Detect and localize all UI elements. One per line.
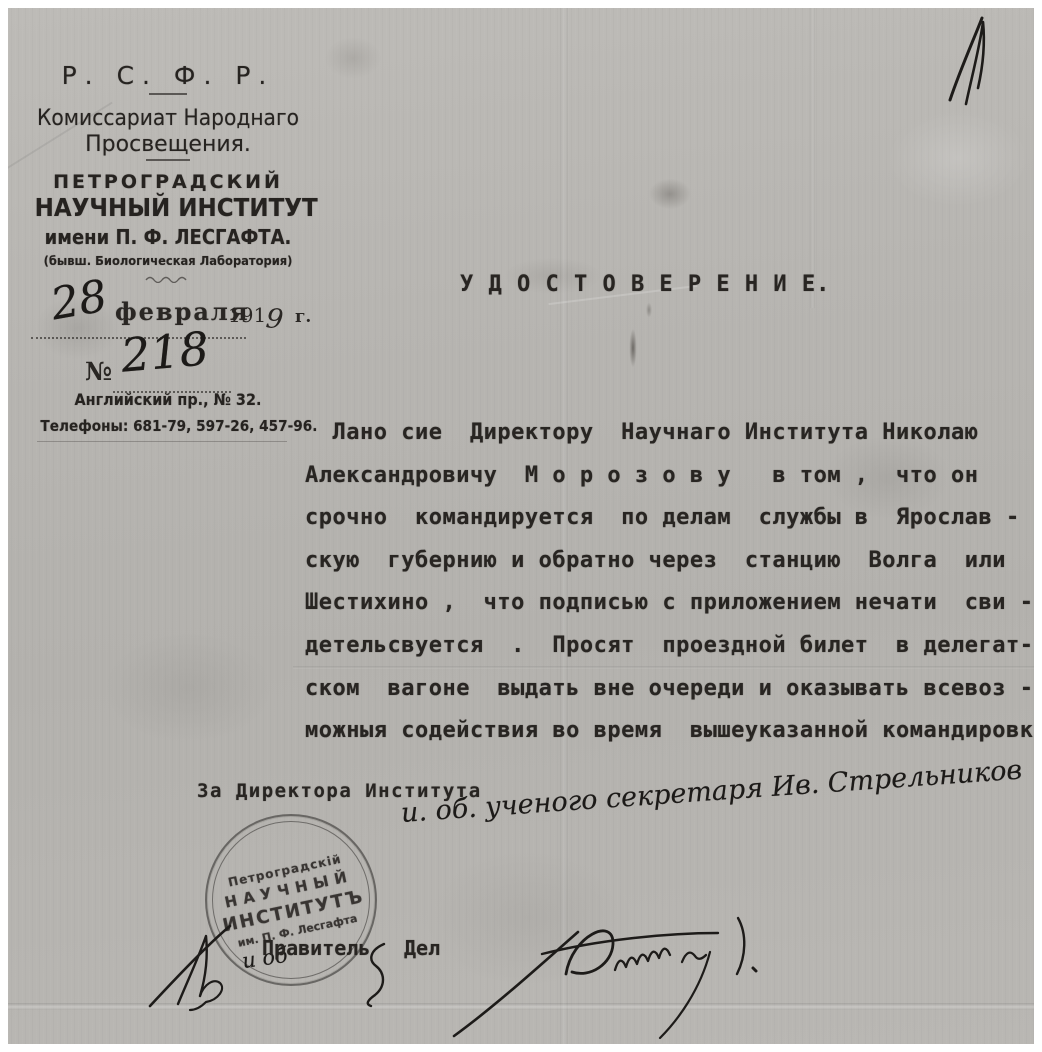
address-line: Английский пр., № 32. xyxy=(38,390,299,409)
corner-pen-mark xyxy=(938,10,1000,108)
date-year-printed: 191 xyxy=(228,303,266,327)
paper: Р. С. Ф. Р. Комиссариат Народнаго Просве… xyxy=(8,8,1034,1044)
institute-name: НАУЧНЫЙ ИНСТИТУТ xyxy=(35,193,302,222)
body-line: Шестихино , что подписью с приложением н… xyxy=(305,582,1034,625)
letterhead-divider xyxy=(146,159,190,161)
body-line: Лано сие Директору Научнаго Института Ни… xyxy=(305,412,1034,455)
former-name: (бывш. Биологическая Лаборатория) xyxy=(35,253,302,268)
handwritten-number: 218 xyxy=(119,321,211,382)
handwritten-s-flourish xyxy=(360,940,390,1008)
letterhead-divider xyxy=(149,93,187,95)
institute-city: ПЕТРОГРАДСКИЙ xyxy=(23,171,313,193)
body-line: скую губернию и обратно через станцию Во… xyxy=(305,540,1034,583)
fold-crease-vertical-right xyxy=(810,8,815,308)
phones-line: Телефоны: 681-79, 597-26, 457-96. xyxy=(40,417,295,435)
letterhead: Р. С. Ф. Р. Комиссариат Народнаго Просве… xyxy=(23,53,313,453)
institute-patron: имени П. Ф. ЛЕСГАФТА. xyxy=(38,225,299,249)
body-text: Лано сие Директору Научнаго Института Ни… xyxy=(305,412,1034,753)
handwritten-year-digit: 9 xyxy=(265,303,285,336)
date-year: 1919 xyxy=(228,303,283,335)
document-title: У Д О С Т О В Е Р Е Н И Е. xyxy=(460,272,830,297)
clerk-title: Правитель xyxy=(262,936,370,960)
number-sign: № xyxy=(85,357,112,386)
secretary-signature-text: и. об. ученого секретаря Ив. Стрельников xyxy=(400,755,1023,829)
number-row: № 218 xyxy=(23,339,313,397)
handwritten-day: 28 xyxy=(47,271,111,331)
commissariat-line2: Просвещения. xyxy=(23,132,313,157)
clerk-dept: Дел xyxy=(404,936,440,960)
phones-underline xyxy=(37,441,287,442)
body-line: детельсвуется . Просят проездной билет в… xyxy=(305,625,1034,668)
scanned-document: Р. С. Ф. Р. Комиссариат Народнаго Просве… xyxy=(0,0,1042,1052)
clerk-signature xyxy=(448,910,768,1044)
commissariat-line1: Комиссариат Народнаго xyxy=(35,106,302,131)
date-era: г. xyxy=(295,307,311,327)
handwritten-vr-flourish xyxy=(146,920,276,1012)
republic-abbreviation: Р. С. Ф. Р. xyxy=(23,61,313,90)
body-line: Александровичу М о р о з о в у в том , ч… xyxy=(305,455,1034,498)
body-line: ском вагоне выдать вне очереди и оказыва… xyxy=(305,668,1034,711)
body-line: можныя содействия во время вышеуказанной… xyxy=(305,710,1034,753)
body-line: срочно командируется по делам службы в Я… xyxy=(305,497,1034,540)
